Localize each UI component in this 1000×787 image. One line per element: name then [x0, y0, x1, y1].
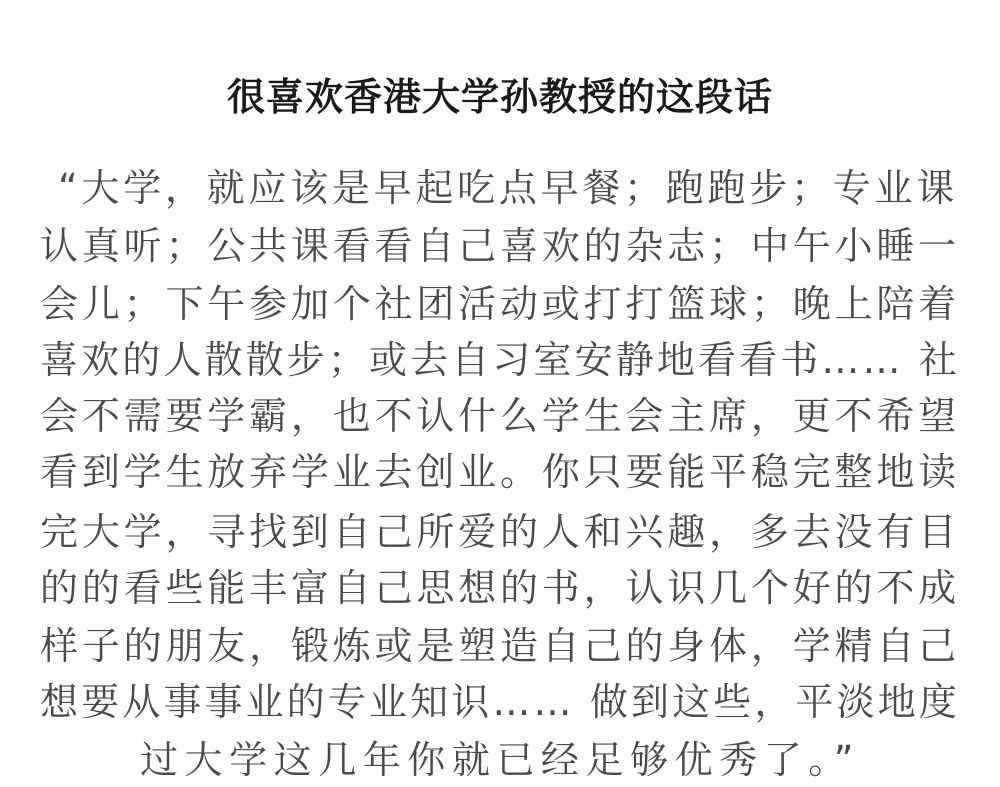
text-line-4: 喜欢的人散散步；或去自习室安静地看看书…… 社: [40, 332, 960, 388]
text-line-11: 过大学这几年你就已经足够优秀了。”: [140, 732, 860, 787]
text-line-10: 想要从事事业的专业知识…… 做到这些，平淡地度: [40, 674, 960, 730]
text-line-5: 会不需要学霸，也不认什么学生会主席，更不希望: [40, 388, 960, 444]
text-line-3: 会儿；下午参加个社团活动或打打篮球；晚上陪着: [40, 276, 960, 332]
text-line-6: 看到学生放弃学业去创业。你只要能平稳完整地读: [40, 444, 960, 500]
text-line-7: 完大学，寻找到自己所爱的人和兴趣，多去没有目: [40, 504, 960, 560]
text-line-8: 的的看些能丰富自己思想的书，认识几个好的不成: [40, 560, 960, 616]
text-line-1: “大学，就应该是早起吃点早餐；跑跑步；专业课: [58, 160, 958, 216]
text-line-9: 样子的朋友，锻炼或是塑造自己的身体，学精自己: [40, 618, 960, 674]
document-title: 很喜欢香港大学孙教授的这段话: [0, 69, 1000, 125]
text-line-2: 认真听；公共课看看自己喜欢的杂志；中午小睡一: [40, 218, 960, 274]
